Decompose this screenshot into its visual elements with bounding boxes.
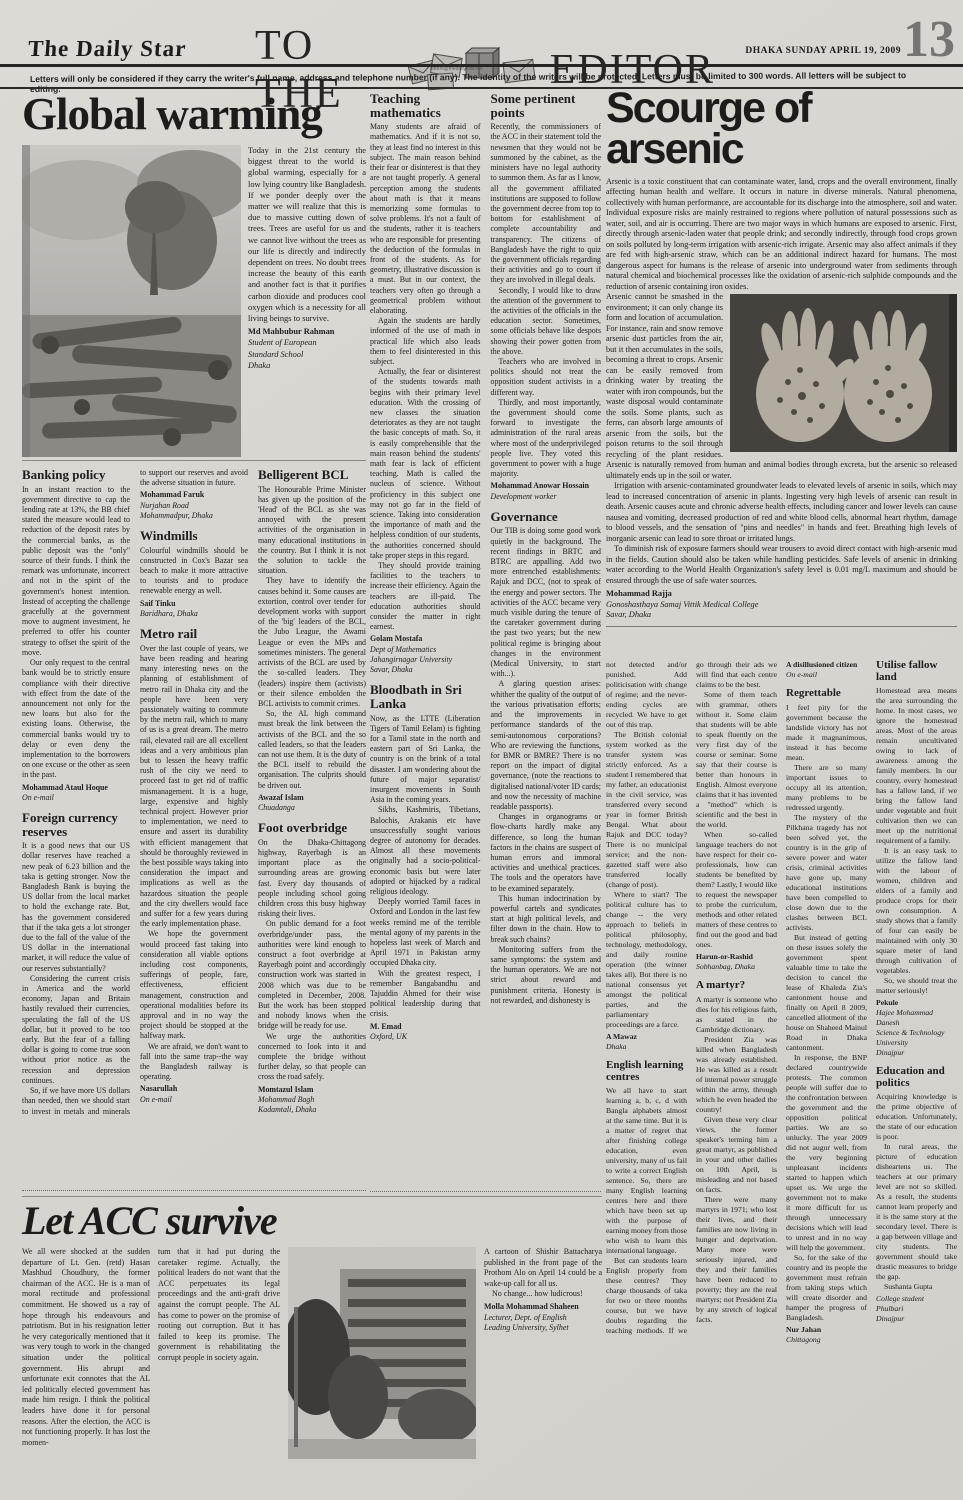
- acc-column-2: tum that it had put during the caretaker…: [158, 1247, 280, 1459]
- article-headline: Scourge of arsenic: [606, 88, 957, 170]
- letter-heading: Foreign currency reserves: [22, 811, 130, 838]
- letter-heading: Regrettable: [786, 688, 867, 700]
- article-headline: Global warming: [22, 92, 366, 137]
- letter-signature: Harun-or-Rashid Sobhanbag, Dhaka: [696, 952, 777, 972]
- letter-signature: Molla Mohammad Shaheen Lecturer, Dept. o…: [484, 1302, 602, 1334]
- article-scourge-of-arsenic: Scourge of arsenic Arsenic is a toxic co…: [606, 88, 957, 654]
- letter-signature: College studentPhulbariDinajpur: [876, 1294, 957, 1324]
- letter-heading: Windmills: [140, 529, 248, 543]
- letter-signature: M. Emad Oxford, UK: [370, 1022, 481, 1042]
- government-building-photo: [288, 1247, 476, 1459]
- letter-regrettable: Regrettable I feel pity for the governme…: [786, 688, 867, 1345]
- dateline-block: DHAKA SUNDAY APRIL 19, 2009: [745, 46, 901, 56]
- article-body-column: Today in the 21st century the biggest th…: [248, 145, 366, 457]
- masthead-rule: [0, 64, 963, 67]
- letter-heading: Bloodbath in Sri Lanka: [370, 683, 481, 710]
- letter-belligerent-bcl: Belligerent BCL The Honourable Prime Min…: [258, 468, 366, 813]
- letter-metro-rail: Metro rail Over the last couple of years…: [140, 627, 248, 1105]
- page-number: 13: [903, 14, 955, 66]
- letter-heading: A martyr?: [696, 980, 777, 992]
- letter-signature: Saif Tinku Baridhara, Dhaka: [140, 599, 248, 619]
- letter-signature: Pekule Hajee Mohammad DaneshScience & Te…: [876, 998, 957, 1058]
- letter-governance: Governance Our TIB is doing some good wo…: [491, 510, 602, 1006]
- letter-signature: Md Mahbubur Rahman Student of EuropeanSt…: [248, 326, 366, 371]
- arsenic-affected-hands-photo: [730, 294, 957, 452]
- felled-trees-photo: [22, 145, 241, 457]
- article-body: Today in the 21st century the biggest th…: [248, 145, 366, 324]
- article-body: Arsenic is a toxic constituent that can …: [606, 177, 957, 627]
- letter-signature: A disillusioned citizen On e-mail: [786, 660, 867, 680]
- letters-left-columns: Banking policy In an instant reaction to…: [22, 460, 366, 1191]
- article-let-acc-survive: Let ACC survive We all were shocked at t…: [22, 1196, 602, 1492]
- letter-foot-overbridge: Foot overbridge On the Dhaka-Chittagong …: [258, 821, 366, 1115]
- letter-utilise-fallow-land: Utilise fallow land Homestead area means…: [876, 660, 957, 1058]
- dateline: DHAKA SUNDAY APRIL 19, 2009: [745, 46, 901, 56]
- letter-signature: Nasarullah On e-mail: [140, 1084, 248, 1104]
- letter-signature: Mohammad Ataul Hoque On e-mail: [22, 783, 130, 803]
- letters-middle-columns: Teaching mathematics Many students are a…: [370, 92, 601, 1192]
- letter-signature: A Mawaz Dhaka: [606, 1032, 687, 1052]
- letter-signature: Nur Jahan Chittagong: [786, 1325, 867, 1345]
- letter-education-and-politics: Education and politics Acquiring knowled…: [876, 1066, 957, 1324]
- letter-heading: Some pertinent points: [491, 92, 602, 119]
- letter-signature: Golam Mostafa Dept of MathematicsJahangi…: [370, 634, 481, 675]
- letter-heading: English learning centres: [606, 1060, 687, 1083]
- article-global-warming: Global warming: [22, 92, 366, 457]
- article-headline: Let ACC survive: [22, 1201, 602, 1241]
- letter-teaching-mathematics: Teaching mathematics Many students are a…: [370, 92, 481, 675]
- acc-column-3: A cartoon of Shishir Battacharya publish…: [484, 1247, 602, 1459]
- letter-heading: Teaching mathematics: [370, 92, 481, 119]
- letter-heading: Metro rail: [140, 627, 248, 641]
- letter-heading: Education and politics: [876, 1066, 957, 1089]
- letter-governance-continued: not detected and/or punished. Add politi…: [606, 660, 687, 1052]
- newspaper-brand: The Daily Star: [27, 36, 187, 62]
- letter-signature: Mohammad Faruk Nurjahan RoadMohammadpur,…: [140, 490, 248, 521]
- letter-banking-policy: Banking policy In an instant reaction to…: [22, 468, 130, 803]
- letter-signature: Mohammad Anowar Hossain Development work…: [491, 481, 602, 501]
- acc-column-1: We all were shocked at the sudden depart…: [22, 1247, 150, 1459]
- letter-signature: Awazaf Islam Chuadanga: [258, 793, 366, 813]
- letter-signature: Momtazul Islam Mohammad BaghKadamtali, D…: [258, 1085, 366, 1116]
- letter-windmills: Windmills Colourful windmills should be …: [140, 529, 248, 619]
- letter-heading: Foot overbridge: [258, 821, 366, 835]
- newspaper-page: The Daily Star TO THE: [0, 0, 963, 1500]
- letter-some-pertinent-points: Some pertinent points Recently, the comm…: [491, 92, 602, 502]
- letter-heading: Utilise fallow land: [876, 660, 957, 683]
- letter-heading: Banking policy: [22, 468, 130, 482]
- letter-heading: Governance: [491, 510, 602, 524]
- letter-heading: Belligerent BCL: [258, 468, 366, 482]
- letter-signature: Mohammad Rajja Gonoshasthaya Samaj Vitti…: [606, 589, 957, 627]
- letters-bottom-right-columns: not detected and/or punished. Add politi…: [606, 660, 957, 1492]
- letter-bloodbath-sri-lanka: Bloodbath in Sri Lanka Now, as the LTTE …: [370, 683, 481, 1042]
